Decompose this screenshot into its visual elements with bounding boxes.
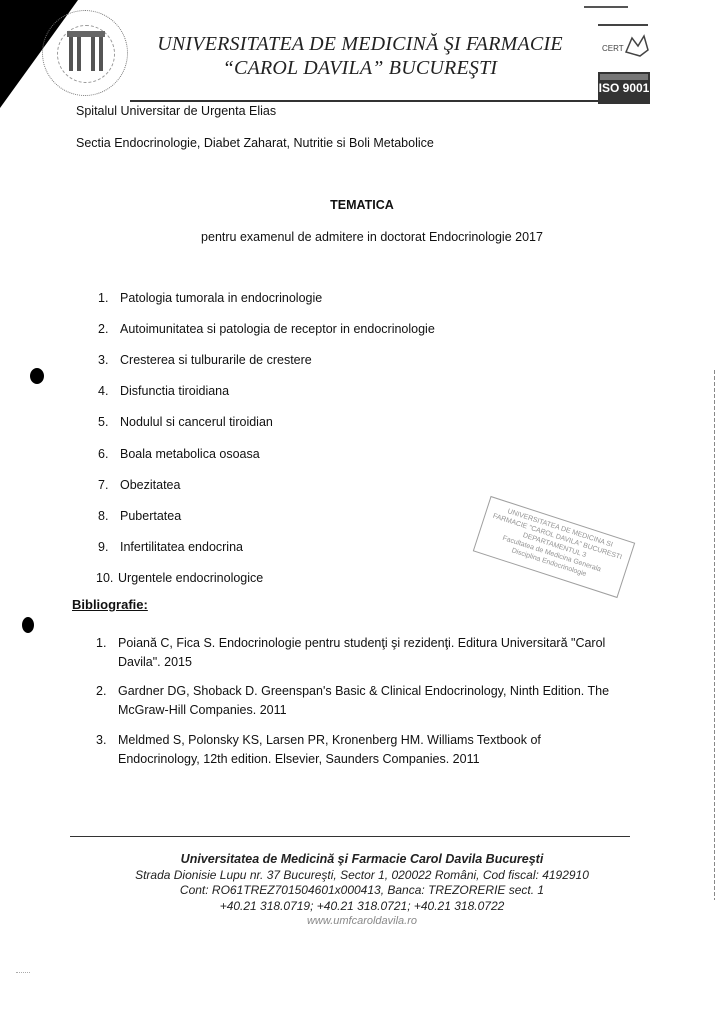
reference-number: 2. bbox=[96, 682, 118, 720]
topic-item: 10.Urgentele endocrinologice bbox=[96, 571, 263, 585]
topic-number: 4. bbox=[98, 384, 120, 398]
topic-text: Patologia tumorala in endocrinologie bbox=[120, 291, 322, 305]
footer-website[interactable]: www.umfcaroldavila.ro bbox=[0, 914, 724, 930]
department-name: Sectia Endocrinologie, Diabet Zaharat, N… bbox=[76, 136, 434, 150]
cert-logo-rule bbox=[598, 24, 648, 26]
university-name-line2: “CAROL DAVILA” BUCUREŞTI bbox=[140, 56, 580, 80]
topic-text: Boala metabolica osoasa bbox=[120, 447, 260, 461]
hospital-name: Spitalul Universitar de Urgenta Elias bbox=[76, 104, 276, 118]
topic-item: 5.Nodulul si cancerul tiroidian bbox=[98, 415, 273, 429]
university-name-line1: UNIVERSITATEA DE MEDICINĂ ŞI FARMACIE bbox=[140, 32, 580, 56]
punch-hole-icon bbox=[22, 617, 34, 633]
scan-artifact-dots bbox=[16, 972, 30, 974]
reference-text: Poiană C, Fica S. Endocrinologie pentru … bbox=[118, 634, 616, 672]
punch-hole-icon bbox=[30, 368, 44, 384]
topic-item: 1.Patologia tumorala in endocrinologie bbox=[98, 291, 322, 305]
topic-text: Cresterea si tulburarile de crestere bbox=[120, 353, 312, 367]
reference-text: Gardner DG, Shoback D. Greenspan's Basic… bbox=[118, 682, 616, 720]
topic-number: 9. bbox=[98, 540, 120, 554]
topic-item: 6.Boala metabolica osoasa bbox=[98, 447, 260, 461]
cert-logo: CERT bbox=[600, 30, 650, 60]
topic-text: Pubertatea bbox=[120, 509, 181, 523]
footer-address: Strada Dionisie Lupu nr. 37 Bucureşti, S… bbox=[0, 868, 724, 884]
university-seal-logo bbox=[42, 10, 128, 96]
footer: Universitatea de Medicină şi Farmacie Ca… bbox=[0, 852, 724, 930]
topic-text: Obezitatea bbox=[120, 478, 180, 492]
footer-phones: +40.21 318.0719; +40.21 318.0721; +40.21… bbox=[0, 899, 724, 915]
document-title: TEMATICA bbox=[0, 198, 724, 212]
bibliography-item: 2.Gardner DG, Shoback D. Greenspan's Bas… bbox=[96, 682, 616, 720]
cert-emblem-icon bbox=[622, 32, 650, 60]
official-stamp: UNIVERSITATEA DE MEDICINA SI FARMACIE "C… bbox=[473, 496, 635, 598]
footer-university-name: Universitatea de Medicină şi Farmacie Ca… bbox=[0, 852, 724, 868]
reference-text: Meldmed S, Polonsky KS, Larsen PR, Krone… bbox=[118, 731, 616, 769]
reference-number: 1. bbox=[96, 634, 118, 672]
bibliography-item: 3.Meldmed S, Polonsky KS, Larsen PR, Kro… bbox=[96, 731, 616, 769]
university-name: UNIVERSITATEA DE MEDICINĂ ŞI FARMACIE “C… bbox=[140, 32, 580, 80]
topic-text: Autoimunitatea si patologia de receptor … bbox=[120, 322, 435, 336]
topic-item: 9.Infertilitatea endocrina bbox=[98, 540, 243, 554]
scan-edge-artifact bbox=[714, 370, 715, 900]
topic-number: 2. bbox=[98, 322, 120, 336]
topic-item: 4.Disfunctia tiroidiana bbox=[98, 384, 229, 398]
topic-number: 6. bbox=[98, 447, 120, 461]
topic-item: 8.Pubertatea bbox=[98, 509, 181, 523]
topic-number: 8. bbox=[98, 509, 120, 523]
topic-text: Nodulul si cancerul tiroidian bbox=[120, 415, 273, 429]
topic-text: Disfunctia tiroidiana bbox=[120, 384, 229, 398]
document-subtitle: pentru examenul de admitere in doctorat … bbox=[0, 230, 724, 244]
topic-item: 7.Obezitatea bbox=[98, 478, 180, 492]
header-divider bbox=[130, 100, 640, 102]
topic-text: Infertilitatea endocrina bbox=[120, 540, 243, 554]
scan-artifact-line bbox=[584, 6, 628, 8]
topic-item: 3.Cresterea si tulburarile de crestere bbox=[98, 353, 312, 367]
topic-item: 2.Autoimunitatea si patologia de recepto… bbox=[98, 322, 435, 336]
reference-number: 3. bbox=[96, 731, 118, 769]
footer-divider bbox=[70, 836, 630, 837]
topic-number: 7. bbox=[98, 478, 120, 492]
bibliography-item: 1.Poiană C, Fica S. Endocrinologie pentr… bbox=[96, 634, 616, 672]
topic-number: 5. bbox=[98, 415, 120, 429]
topic-number: 3. bbox=[98, 353, 120, 367]
footer-account: Cont: RO61TREZ701504601x000413, Banca: T… bbox=[0, 883, 724, 899]
iso-badge-text: ISO 9001 bbox=[599, 81, 650, 95]
topic-number: 1. bbox=[98, 291, 120, 305]
cert-logo-text: CERT bbox=[602, 44, 624, 53]
bibliography-heading: Bibliografie: bbox=[72, 597, 148, 612]
topic-text: Urgentele endocrinologice bbox=[118, 571, 263, 585]
topic-number: 10. bbox=[96, 571, 118, 585]
